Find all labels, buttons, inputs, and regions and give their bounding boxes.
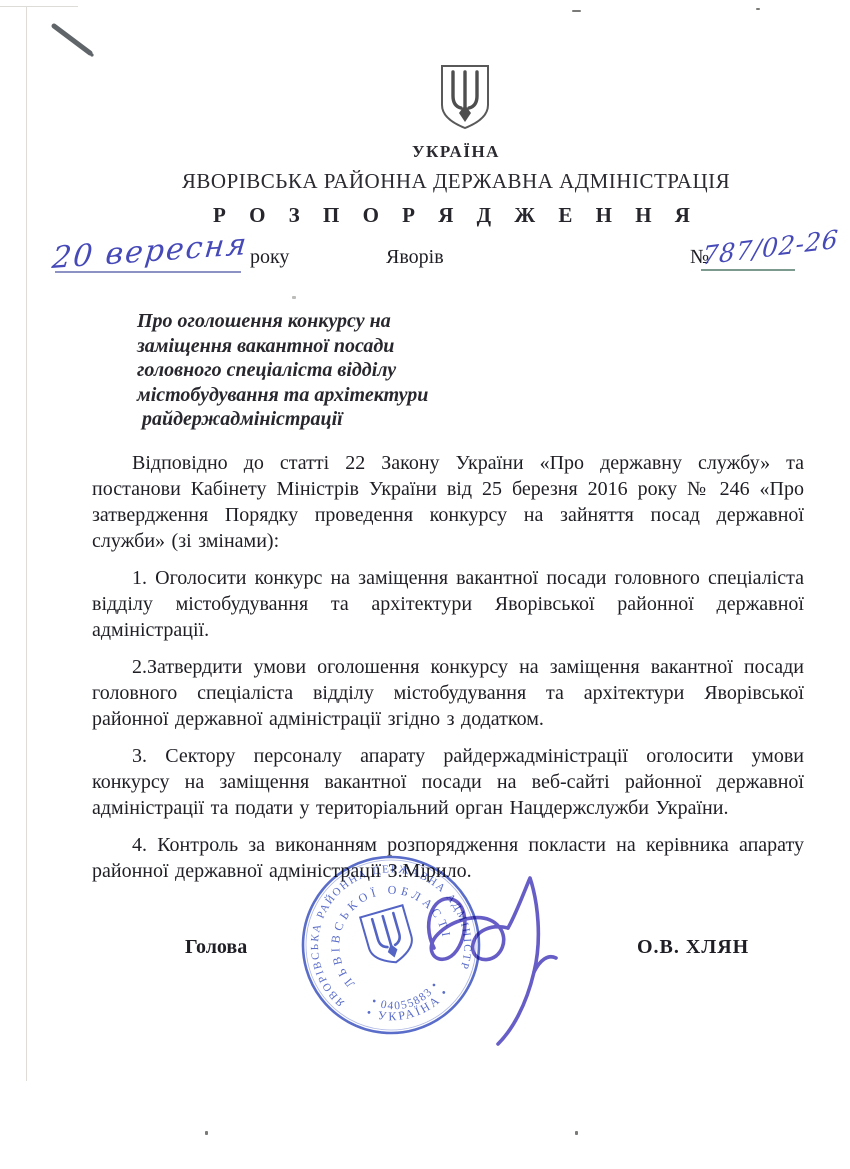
- handwritten-date: 20 вересня: [50, 227, 250, 276]
- handwritten-document-number: 787/02-26: [701, 224, 840, 270]
- organization-name: ЯВОРІВСЬКА РАЙОННА ДЕРЖАВНА АДМІНІСТРАЦІ…: [62, 169, 850, 194]
- signer-name: О.В. ХЛЯН: [637, 936, 749, 959]
- scan-edge-line-vertical: [26, 6, 27, 1081]
- place-label: Яворів: [386, 246, 444, 269]
- order-item-3: 3. Сектору персоналу апарату райдержадмі…: [92, 743, 804, 821]
- subject-line: містобудування та архітектури: [137, 383, 472, 408]
- scan-speck: [292, 296, 296, 299]
- stamp-trident-icon: [360, 905, 417, 968]
- document-page: УКРАЇНА ЯВОРІВСЬКА РАЙОННА ДЕРЖАВНА АДМІ…: [0, 0, 850, 1169]
- country-label: УКРАЇНА: [62, 142, 850, 162]
- subject-line: райдержадміністрації: [137, 407, 472, 432]
- subject-line: заміщення вакантної посади: [137, 334, 472, 359]
- pen-mark-icon: [40, 12, 110, 67]
- document-type-title: Р О З П О Р Я Д Ж Е Н Н Я: [62, 203, 850, 228]
- intro-paragraph: Відповідно до статті 22 Закону України «…: [92, 450, 804, 554]
- signer-position-title: Голова: [185, 936, 247, 959]
- date-underline: [55, 271, 241, 273]
- date-suffix-label: року: [250, 246, 289, 269]
- number-underline: [701, 269, 795, 271]
- subject-block: Про оголошення конкурсу на заміщення вак…: [137, 309, 472, 432]
- subject-line: головного спеціаліста відділу: [137, 358, 472, 383]
- scan-speck: [575, 1131, 578, 1135]
- order-item-2: 2.Затвердити умови оголошення конкурсу н…: [92, 654, 804, 732]
- scan-speck: [756, 8, 760, 10]
- ukraine-trident-emblem-icon: [438, 63, 492, 133]
- scan-edge-line-horizontal: [0, 6, 78, 7]
- handwritten-signature-icon: [412, 868, 587, 1053]
- order-item-1: 1. Оголосити конкурс на заміщення вакант…: [92, 565, 804, 643]
- scan-speck: [572, 10, 581, 12]
- subject-line: Про оголошення конкурсу на: [137, 309, 472, 334]
- scan-speck: [205, 1131, 208, 1135]
- body-text: Відповідно до статті 22 Закону України «…: [92, 450, 804, 895]
